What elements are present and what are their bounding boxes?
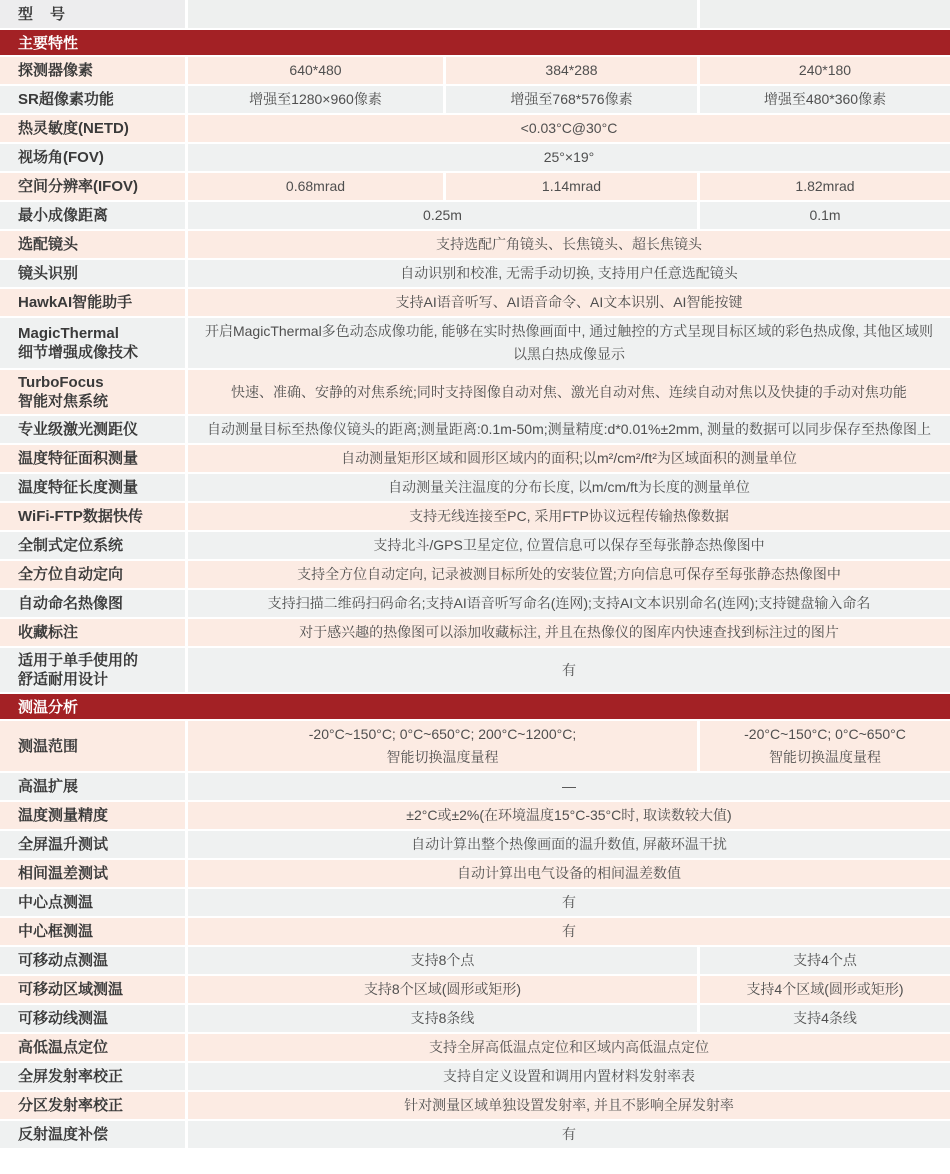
row-value: 支持8个点 — [188, 947, 697, 974]
model-row-cell-right — [700, 0, 950, 28]
spec-row: SR超像素功能增强至1280×960像素增强至768*576像素增强至480*3… — [0, 86, 950, 113]
row-value: 支持选配广角镜头、长焦镜头、超长焦镜头 — [188, 231, 950, 258]
spec-row: 相间温差测试自动计算出电气设备的相间温差数值 — [0, 860, 950, 887]
row-value: -20°C~150°C; 0°C~650°C; 200°C~1200°C; 智能… — [188, 721, 697, 771]
row-value: 384*288 — [446, 57, 697, 84]
row-value: 0.68mrad — [188, 173, 443, 200]
row-label: 最小成像距离 — [0, 202, 185, 229]
row-value: 支持自定义设置和调用内置材料发射率表 — [188, 1063, 950, 1090]
model-row-label: 型 号 — [0, 0, 185, 28]
row-label: 反射温度补偿 — [0, 1121, 185, 1148]
row-value: 1.14mrad — [446, 173, 697, 200]
row-label: 高低温点定位 — [0, 1034, 185, 1061]
spec-row: 镜头识别自动识别和校准, 无需手动切换, 支持用户任意选配镜头 — [0, 260, 950, 287]
spec-row: 选配镜头支持选配广角镜头、长焦镜头、超长焦镜头 — [0, 231, 950, 258]
row-label: 相间温差测试 — [0, 860, 185, 887]
row-value: 针对测量区域单独设置发射率, 并且不影响全屏发射率 — [188, 1092, 950, 1119]
row-label: TurboFocus 智能对焦系统 — [0, 370, 185, 414]
row-value: 支持全屏高低温点定位和区域内高低温点定位 — [188, 1034, 950, 1061]
spec-row: WiFi-FTP数据快传支持无线连接至PC, 采用FTP协议远程传输热像数据 — [0, 503, 950, 530]
spec-row: 高低温点定位支持全屏高低温点定位和区域内高低温点定位 — [0, 1034, 950, 1061]
row-value: 有 — [188, 918, 950, 945]
row-value: 支持8个区域(圆形或矩形) — [188, 976, 697, 1003]
row-label: SR超像素功能 — [0, 86, 185, 113]
spec-row: 全屏发射率校正支持自定义设置和调用内置材料发射率表 — [0, 1063, 950, 1090]
row-label: WiFi-FTP数据快传 — [0, 503, 185, 530]
row-label: 收藏标注 — [0, 619, 185, 646]
row-value: 自动计算出整个热像画面的温升数值, 屏蔽环温干扰 — [188, 831, 950, 858]
row-label: 可移动线测温 — [0, 1005, 185, 1032]
row-label: 视场角(FOV) — [0, 144, 185, 171]
model-row-cell-merged — [188, 0, 697, 28]
row-value: <0.03°C@30°C — [188, 115, 950, 142]
row-label: 温度特征长度测量 — [0, 474, 185, 501]
spec-row: 专业级激光测距仪自动测量目标至热像仪镜头的距离;测量距离:0.1m-50m;测量… — [0, 416, 950, 443]
spec-row: 分区发射率校正针对测量区域单独设置发射率, 并且不影响全屏发射率 — [0, 1092, 950, 1119]
spec-row: 可移动区域测温支持8个区域(圆形或矩形)支持4个区域(圆形或矩形) — [0, 976, 950, 1003]
row-label: 中心框测温 — [0, 918, 185, 945]
row-value: 快速、准确、安静的对焦系统;同时支持图像自动对焦、激光自动对焦、连续自动对焦以及… — [188, 370, 950, 414]
spec-row: 适用于单手使用的 舒适耐用设计有 — [0, 648, 950, 692]
row-label: 热灵敏度(NETD) — [0, 115, 185, 142]
row-value: 有 — [188, 1121, 950, 1148]
row-label: 分区发射率校正 — [0, 1092, 185, 1119]
row-label: HawkAI智能助手 — [0, 289, 185, 316]
spec-row: 空间分辨率(IFOV)0.68mrad1.14mrad1.82mrad — [0, 173, 950, 200]
row-value: 240*180 — [700, 57, 950, 84]
spec-row: HawkAI智能助手支持AI语音听写、AI语音命令、AI文本识别、AI智能按键 — [0, 289, 950, 316]
row-value: 640*480 — [188, 57, 443, 84]
row-value: 支持AI语音听写、AI语音命令、AI文本识别、AI智能按键 — [188, 289, 950, 316]
spec-row: 视场角(FOV)25°×19° — [0, 144, 950, 171]
row-value: 25°×19° — [188, 144, 950, 171]
row-value: 有 — [188, 889, 950, 916]
spec-row: 高温扩展— — [0, 773, 950, 800]
section-header: 主要特性 — [0, 30, 950, 55]
row-value: 自动识别和校准, 无需手动切换, 支持用户任意选配镜头 — [188, 260, 950, 287]
row-label: 自动命名热像图 — [0, 590, 185, 617]
row-value: 支持4个点 — [700, 947, 950, 974]
row-label: 全制式定位系统 — [0, 532, 185, 559]
row-label: MagicThermal 细节增强成像技术 — [0, 318, 185, 368]
row-value: ±2°C或±2%(在环境温度15°C-35°C时, 取读数较大值) — [188, 802, 950, 829]
spec-row: TurboFocus 智能对焦系统快速、准确、安静的对焦系统;同时支持图像自动对… — [0, 370, 950, 414]
row-value: -20°C~150°C; 0°C~650°C 智能切换温度量程 — [700, 721, 950, 771]
row-label: 温度特征面积测量 — [0, 445, 185, 472]
row-value: 自动计算出电气设备的相间温差数值 — [188, 860, 950, 887]
spec-row: 温度特征面积测量自动测量矩形区域和圆形区域内的面积;以m²/cm²/ft²为区域… — [0, 445, 950, 472]
spec-row: 温度特征长度测量自动测量关注温度的分布长度, 以m/cm/ft为长度的测量单位 — [0, 474, 950, 501]
row-value: 增强至768*576像素 — [446, 86, 697, 113]
spec-row: 全方位自动定向支持全方位自动定向, 记录被测目标所处的安装位置;方向信息可保存至… — [0, 561, 950, 588]
row-value: — — [188, 773, 950, 800]
row-value: 支持北斗/GPS卫星定位, 位置信息可以保存至每张静态热像图中 — [188, 532, 950, 559]
spec-row: 可移动线测温支持8条线支持4条线 — [0, 1005, 950, 1032]
spec-row: 全屏温升测试自动计算出整个热像画面的温升数值, 屏蔽环温干扰 — [0, 831, 950, 858]
row-label: 探测器像素 — [0, 57, 185, 84]
row-value: 支持无线连接至PC, 采用FTP协议远程传输热像数据 — [188, 503, 950, 530]
row-value: 对于感兴趣的热像图可以添加收藏标注, 并且在热像仪的图库内快速查找到标注过的图片 — [188, 619, 950, 646]
row-value: 增强至1280×960像素 — [188, 86, 443, 113]
spec-row: 温度测量精度±2°C或±2%(在环境温度15°C-35°C时, 取读数较大值) — [0, 802, 950, 829]
row-value: 支持扫描二维码扫码命名;支持AI语音听写命名(连网);支持AI文本识别命名(连网… — [188, 590, 950, 617]
row-label: 选配镜头 — [0, 231, 185, 258]
row-value: 开启MagicThermal多色动态成像功能, 能够在实时热像画面中, 通过触控… — [188, 318, 950, 368]
row-value: 自动测量关注温度的分布长度, 以m/cm/ft为长度的测量单位 — [188, 474, 950, 501]
spec-row: 全制式定位系统支持北斗/GPS卫星定位, 位置信息可以保存至每张静态热像图中 — [0, 532, 950, 559]
row-value: 支持4个区域(圆形或矩形) — [700, 976, 950, 1003]
row-label: 全方位自动定向 — [0, 561, 185, 588]
row-label: 空间分辨率(IFOV) — [0, 173, 185, 200]
row-value: 自动测量矩形区域和圆形区域内的面积;以m²/cm²/ft²为区域面积的测量单位 — [188, 445, 950, 472]
row-value: 支持4条线 — [700, 1005, 950, 1032]
row-label: 温度测量精度 — [0, 802, 185, 829]
row-label: 专业级激光测距仪 — [0, 416, 185, 443]
row-value: 支持8条线 — [188, 1005, 697, 1032]
row-label: 高温扩展 — [0, 773, 185, 800]
row-label: 可移动点测温 — [0, 947, 185, 974]
spec-row: 测温范围-20°C~150°C; 0°C~650°C; 200°C~1200°C… — [0, 721, 950, 771]
spec-row: 探测器像素640*480384*288240*180 — [0, 57, 950, 84]
row-value: 自动测量目标至热像仪镜头的距离;测量距离:0.1m-50m;测量精度:d*0.0… — [188, 416, 950, 443]
row-label: 全屏发射率校正 — [0, 1063, 185, 1090]
spec-row: 自动命名热像图支持扫描二维码扫码命名;支持AI语音听写命名(连网);支持AI文本… — [0, 590, 950, 617]
spec-sheet: 型 号 主要特性探测器像素640*480384*288240*180SR超像素功… — [0, 0, 950, 1174]
model-row: 型 号 — [0, 0, 950, 28]
row-value: 有 — [188, 648, 950, 692]
row-label: 镜头识别 — [0, 260, 185, 287]
row-label: 测温范围 — [0, 721, 185, 771]
spec-row: 热灵敏度(NETD)<0.03°C@30°C — [0, 115, 950, 142]
section-header: 测温分析 — [0, 694, 950, 719]
row-label: 适用于单手使用的 舒适耐用设计 — [0, 648, 185, 692]
spec-sections: 主要特性探测器像素640*480384*288240*180SR超像素功能增强至… — [0, 30, 950, 1148]
spec-row: 收藏标注对于感兴趣的热像图可以添加收藏标注, 并且在热像仪的图库内快速查找到标注… — [0, 619, 950, 646]
spec-row: 最小成像距离0.25m0.1m — [0, 202, 950, 229]
row-label: 中心点测温 — [0, 889, 185, 916]
spec-row: 反射温度补偿有 — [0, 1121, 950, 1148]
row-value: 0.1m — [700, 202, 950, 229]
row-value: 支持全方位自动定向, 记录被测目标所处的安装位置;方向信息可保存至每张静态热像图… — [188, 561, 950, 588]
row-label: 全屏温升测试 — [0, 831, 185, 858]
row-value: 0.25m — [188, 202, 697, 229]
spec-row: MagicThermal 细节增强成像技术开启MagicThermal多色动态成… — [0, 318, 950, 368]
spec-row: 中心点测温有 — [0, 889, 950, 916]
row-label: 可移动区域测温 — [0, 976, 185, 1003]
spec-row: 可移动点测温支持8个点支持4个点 — [0, 947, 950, 974]
spec-row: 中心框测温有 — [0, 918, 950, 945]
row-value: 1.82mrad — [700, 173, 950, 200]
row-value: 增强至480*360像素 — [700, 86, 950, 113]
